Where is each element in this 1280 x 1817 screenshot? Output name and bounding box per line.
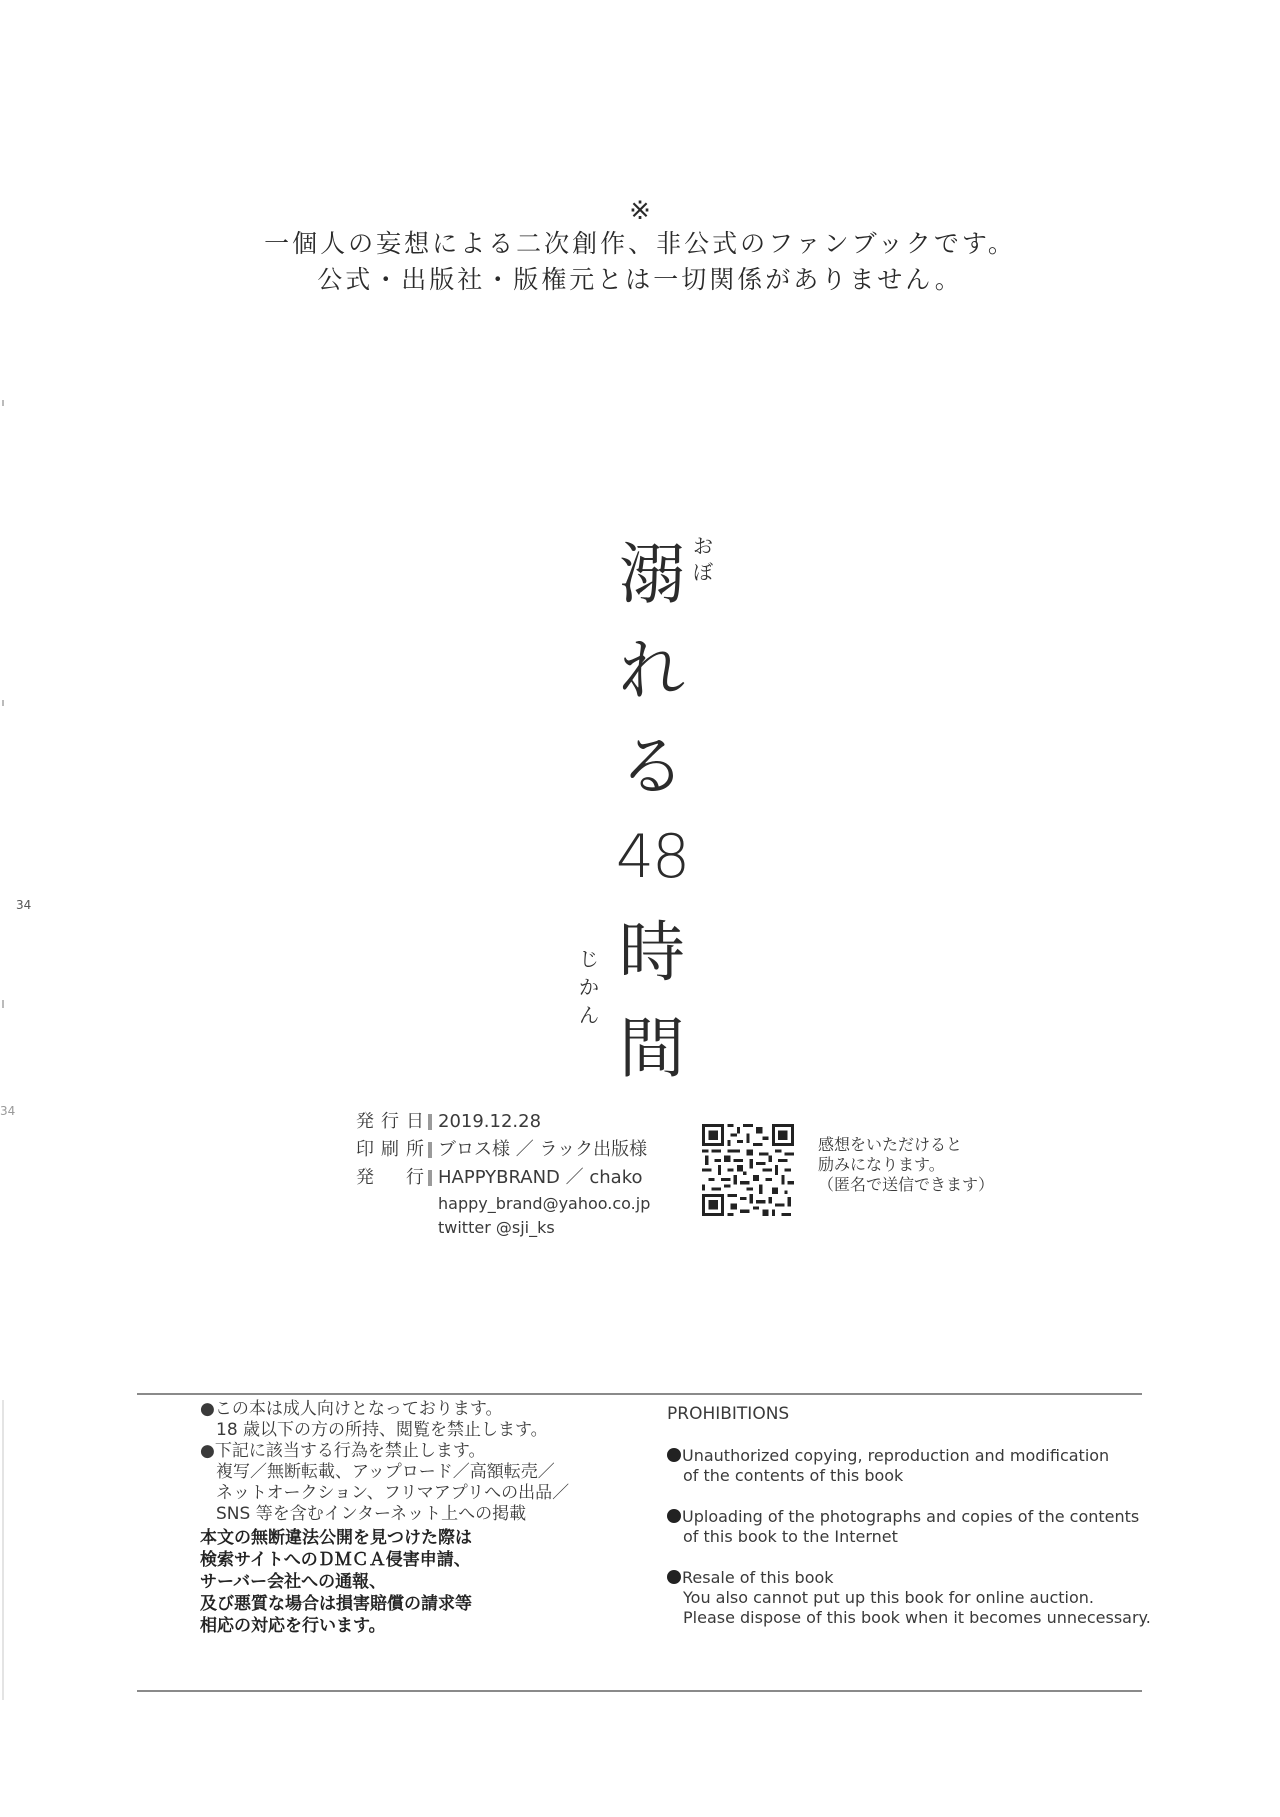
colophon-row-date: 発行日 2019.12.28 [356, 1108, 650, 1136]
ruby-n: ん [578, 1004, 600, 1026]
scan-mark [2, 700, 4, 706]
dmca-line: 検索サイトへのＤＭＣＡ侵害申請、 [200, 1549, 569, 1571]
title-char: 間 [612, 1009, 692, 1089]
prohibition-item: Unauthorized copying, reproduction and m… [667, 1446, 1151, 1486]
prohibition-text: of this book to the Internet [667, 1527, 1151, 1547]
dmca-line: サーバー会社への通報、 [200, 1571, 569, 1593]
reference-mark: ※ [0, 196, 1280, 226]
rule-continuation: ネットオークション、フリマアプリへの出品／ [200, 1483, 569, 1504]
separator-bar [428, 1170, 432, 1186]
page-number: 34 [16, 898, 31, 912]
qr-feedback-note: 感想をいただけると 励みになります。 （匿名で送信できます） [818, 1135, 994, 1195]
prohibition-text: Please dispose of this book when it beco… [667, 1608, 1151, 1628]
qr-note-line: 感想をいただけると [818, 1135, 994, 1155]
rule-continuation: 複写／無断転載、アップロード／高額転売／ [200, 1462, 569, 1483]
publish-date: 2019.12.28 [438, 1108, 541, 1136]
colophon-label: 発 行 [356, 1164, 424, 1192]
divider-bottom [137, 1690, 1142, 1692]
title-number: 48 [612, 817, 692, 897]
scan-mark [2, 400, 4, 406]
ruby-o: お [692, 535, 714, 557]
title-char: 時 [612, 913, 692, 993]
bullet-icon [667, 1570, 681, 1584]
disclaimer-line-2: 公式・出版社・版権元とは一切関係がありません。 [0, 262, 1280, 298]
title-char: れ [612, 631, 692, 711]
disclaimer-line-1: 一個人の妄想による二次創作、非公式のファンブックです。 [0, 226, 1280, 262]
prohibition-text: Unauthorized copying, reproduction and m… [682, 1446, 1109, 1465]
page-number-faint: 34 [0, 1104, 15, 1118]
prohibition-text: Uploading of the photographs and copies … [682, 1507, 1139, 1526]
ruby-ka: か [578, 976, 600, 998]
colophon-label: 印刷所 [356, 1136, 424, 1164]
prohibition-text: of the contents of this book [667, 1466, 1151, 1486]
prohibitions: PROHIBITIONS Unauthorized copying, repro… [667, 1404, 1151, 1649]
printer: ブロス様 ／ ラック出版様 [438, 1136, 647, 1164]
title-char: る [612, 727, 692, 807]
title-char: 溺 [612, 535, 692, 615]
colophon-label: 発行日 [356, 1108, 424, 1136]
disclaimer-notice: ※ 一個人の妄想による二次創作、非公式のファンブックです。 公式・出版社・版権元… [0, 196, 1280, 298]
ruby-ji: じ [578, 948, 600, 970]
prohibition-item: Resale of this book You also cannot put … [667, 1568, 1151, 1628]
divider-top [137, 1393, 1142, 1395]
prohibition-item: Uploading of the photographs and copies … [667, 1507, 1151, 1547]
twitter-handle: twitter @sji_ks [356, 1216, 555, 1240]
bullet-icon [667, 1509, 681, 1523]
publisher: HAPPYBRAND ／ chako [438, 1164, 643, 1192]
prohibitions-heading: PROHIBITIONS [667, 1404, 1151, 1424]
colophon-row-publisher: 発 行 HAPPYBRAND ／ chako [356, 1164, 650, 1192]
dmca-warning: 本文の無断違法公開を見つけた際は 検索サイトへのＤＭＣＡ侵害申請、 サーバー会社… [200, 1527, 569, 1637]
qr-code-icon[interactable] [702, 1124, 794, 1216]
prohibition-text: Resale of this book [682, 1568, 834, 1587]
qr-note-line: 励みになります。 [818, 1155, 994, 1175]
colophon: 発行日 2019.12.28 印刷所 ブロス様 ／ ラック出版様 発 行 HAP… [356, 1108, 650, 1240]
ruby-bo: ぼ [692, 561, 714, 583]
separator-bar [428, 1142, 432, 1158]
dmca-line: 及び悪質な場合は損害賠償の請求等 [200, 1593, 569, 1615]
rule-continuation: 18 歳以下の方の所持、閲覧を禁止します。 [200, 1420, 569, 1441]
dmca-line: 相応の対応を行います。 [200, 1615, 569, 1637]
prohibition-text: You also cannot put up this book for onl… [667, 1588, 1151, 1608]
dmca-line: 本文の無断違法公開を見つけた際は [200, 1527, 569, 1549]
adult-content-rules: ●この本は成人向けとなっております。 18 歳以下の方の所持、閲覧を禁止します。… [200, 1399, 569, 1637]
separator-bar [428, 1114, 432, 1130]
rule-continuation: SNS 等を含むインターネット上への掲載 [200, 1504, 569, 1525]
scan-edge [2, 1400, 4, 1700]
colophon-row-printer: 印刷所 ブロス様 ／ ラック出版様 [356, 1136, 650, 1164]
scan-mark [2, 1000, 4, 1008]
rule-bullet: ●下記に該当する行為を禁止します。 [200, 1441, 569, 1462]
rule-bullet: ●この本は成人向けとなっております。 [200, 1399, 569, 1420]
bullet-icon [667, 1448, 681, 1462]
qr-note-line: （匿名で送信できます） [818, 1175, 994, 1195]
contact-email: happy_brand@yahoo.co.jp [356, 1192, 650, 1216]
